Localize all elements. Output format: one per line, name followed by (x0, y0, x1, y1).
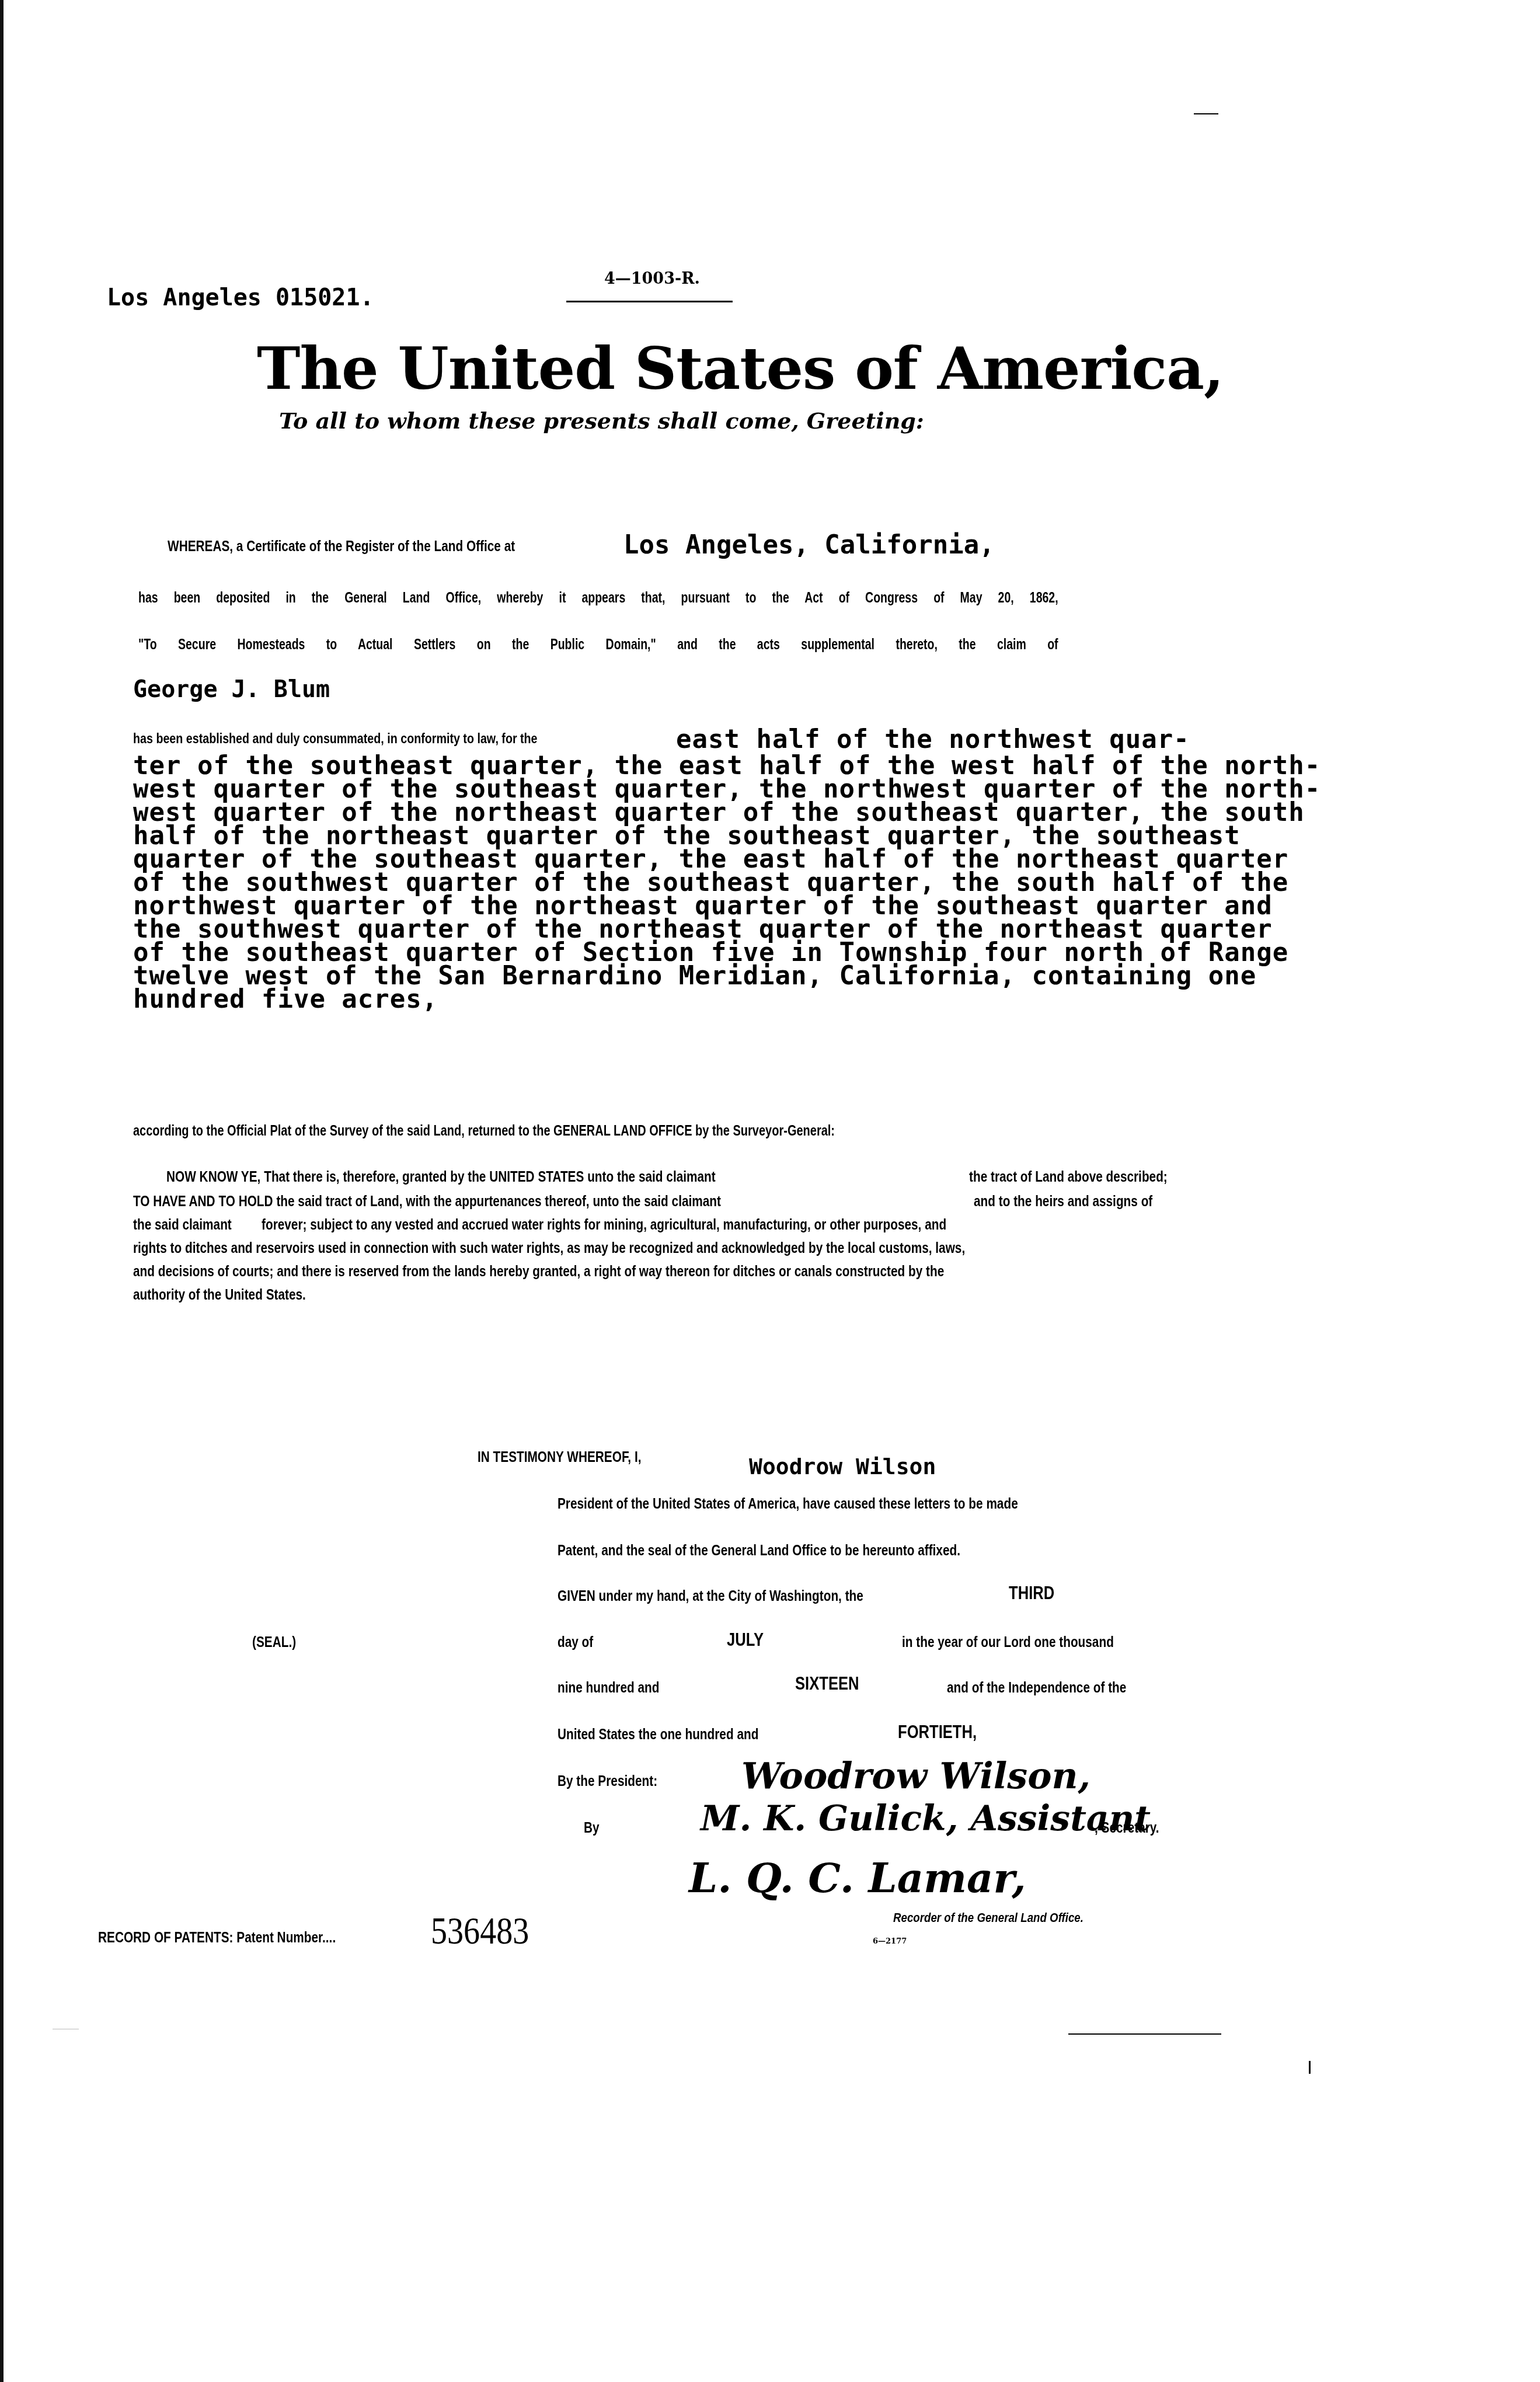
recorder-signature: L. Q. C. Lamar, (689, 1854, 1026, 1902)
greeting: To all to whom these presents shall come… (279, 408, 924, 434)
scan-edge (0, 0, 4, 2382)
testimony-intro: IN TESTIMONY WHEREOF, I, (478, 1448, 641, 1466)
grant-line-3a: the said claimant (133, 1216, 232, 1234)
scan-mark (1194, 113, 1218, 114)
given-year: SIXTEEN (795, 1673, 859, 1694)
recorder-label: Recorder of the General Land Office. (893, 1910, 1083, 1925)
land-patent-document: Los Angeles 015021. 4—1003-R. The United… (0, 0, 1540, 2382)
land-office-location: Los Angeles, California, (623, 530, 995, 560)
document-title: The United States of America, (257, 334, 1224, 403)
president-signature: Woodrow Wilson, (741, 1754, 1090, 1797)
nine-hundred-text: nine hundred and (558, 1678, 659, 1697)
by-the-president-label: By the President: (558, 1772, 657, 1790)
testimony-line-1: President of the United States of Americ… (558, 1495, 1018, 1513)
whereas-intro: WHEREAS, a Certificate of the Register o… (168, 537, 515, 555)
grant-line-3b: forever; subject to any vested and accru… (262, 1216, 946, 1234)
independence-year: FORTIETH, (898, 1721, 977, 1743)
independence-text: and of the Independence of the (947, 1678, 1126, 1697)
claimant-name: George J. Blum (133, 676, 330, 703)
form-number-rule (566, 301, 733, 302)
day-of-text: day of (558, 1633, 593, 1651)
record-of-patents-label: RECORD OF PATENTS: Patent Number.... (98, 1928, 336, 1946)
established-text: has been established and duly consummate… (133, 731, 538, 747)
record-dots: .... (322, 1928, 336, 1946)
grant-line-5: and decisions of courts; and there is re… (133, 1262, 944, 1280)
patent-number: 536483 (431, 1909, 529, 1953)
whereas-line-2: has been deposited in the General Land O… (138, 590, 1058, 607)
testimony-line-2: Patent, and the seal of the General Land… (558, 1541, 960, 1559)
seal-label: (SEAL.) (252, 1633, 296, 1651)
print-code: 6—2177 (873, 1937, 907, 1946)
file-reference: Los Angeles 015021. (107, 284, 374, 311)
grant-line-2a: TO HAVE AND TO HOLD the said tract of La… (133, 1192, 721, 1210)
form-number: 4—1003-R. (604, 270, 700, 288)
survey-statement: according to the Official Plat of the Su… (133, 1123, 835, 1140)
land-desc-line: east half of the northwest quar- (676, 727, 1190, 753)
scan-mark (53, 2029, 79, 2029)
grant-line-1a: NOW KNOW YE, That there is, therefore, g… (166, 1168, 716, 1186)
grant-line-4: rights to ditches and reservoirs used in… (133, 1239, 965, 1257)
grant-line-2b: and to the heirs and assigns of (974, 1192, 1152, 1210)
scan-mark (1309, 2061, 1311, 2074)
united-states-text: United States the one hundred and (558, 1725, 758, 1743)
year-of-lord-text: in the year of our Lord one thousand (902, 1633, 1114, 1651)
grant-line-1b: the tract of Land above described; (969, 1168, 1168, 1186)
grant-line-6: authority of the United States. (133, 1286, 306, 1304)
president-name: Woodrow Wilson (749, 1454, 936, 1479)
whereas-line-3: "To Secure Homesteads to Actual Settlers… (138, 636, 1058, 653)
given-month: JULY (727, 1629, 764, 1650)
land-desc-line: hundred five acres, (133, 987, 438, 1012)
secretary-label: , Secretary. (1095, 1819, 1159, 1837)
given-day: THIRD (1009, 1582, 1054, 1604)
by-label: By (584, 1819, 600, 1837)
scan-mark (1068, 2033, 1221, 2035)
secretary-signature: M. K. Gulick, Assistant (701, 1798, 1151, 1839)
record-label-text: RECORD OF PATENTS: Patent Number (98, 1928, 322, 1946)
given-text: GIVEN under my hand, at the City of Wash… (558, 1587, 863, 1605)
